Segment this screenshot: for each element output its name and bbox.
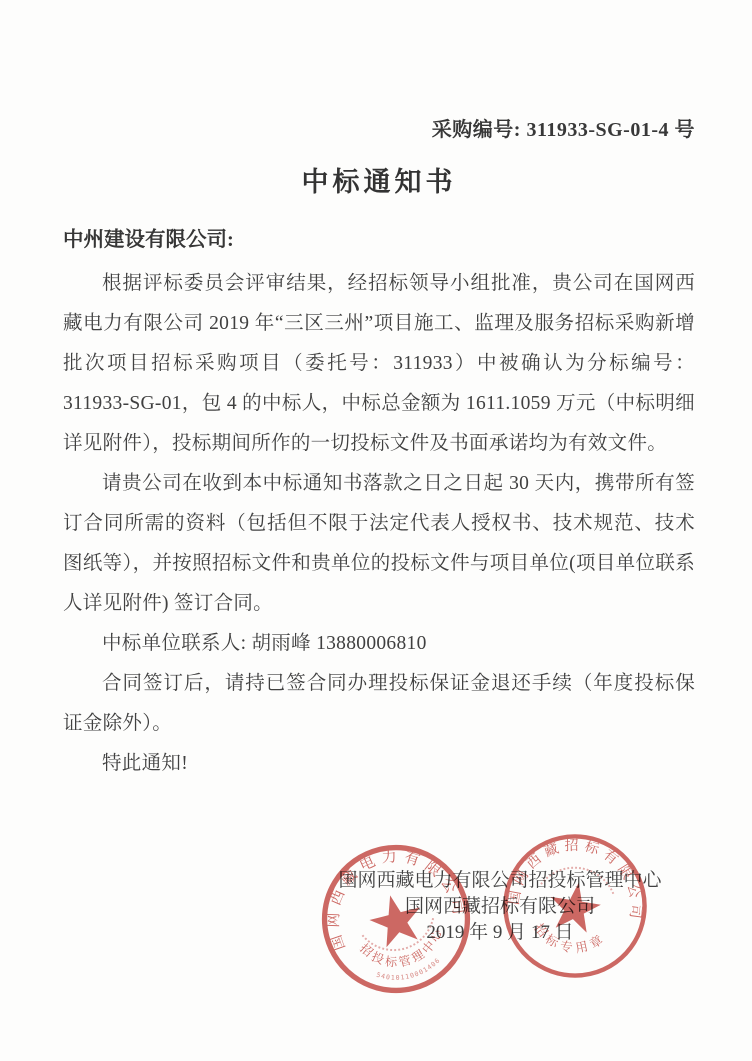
contact-line: 中标单位联系人: 胡雨峰 13880006810 xyxy=(63,624,695,664)
paragraph-award: 根据评标委员会评审结果，经招标领导小组批准，贵公司在国网西藏电力有限公司 201… xyxy=(63,264,695,464)
star-icon xyxy=(365,889,427,950)
document-body: 根据评标委员会评审结果，经招标领导小组批准，贵公司在国网西藏电力有限公司 201… xyxy=(63,264,695,784)
procurement-number: 采购编号: 311933-SG-01-4 号 xyxy=(63,118,695,142)
seal-bottom-text: 招标专用章 xyxy=(528,919,610,961)
document-title: 中标通知书 xyxy=(63,166,695,198)
paragraph-contract-signing: 请贵公司在收到本中标通知书落款之日之日起 30 天内，携带所有签订合同所需的资料… xyxy=(63,464,695,624)
paragraph-deposit-refund: 合同签订后，请持已签合同办理投标保证金退还手续（年度投标保证金除外）。 xyxy=(63,664,695,744)
star-icon xyxy=(546,879,604,934)
official-seal-left: 国网西藏电力有限公司 招投标管理中心 54010110001406 xyxy=(304,827,488,1011)
document-content: 采购编号: 311933-SG-01-4 号 中标通知书 中州建设有限公司: 根… xyxy=(63,0,695,784)
closing-line: 特此通知! xyxy=(63,744,695,784)
scanned-document-page: 采购编号: 311933-SG-01-4 号 中标通知书 中州建设有限公司: 根… xyxy=(0,0,752,1061)
addressee-line: 中州建设有限公司: xyxy=(63,228,695,252)
official-seal-right: 国网西藏招标有限公司 招标专用章 xyxy=(490,821,659,990)
